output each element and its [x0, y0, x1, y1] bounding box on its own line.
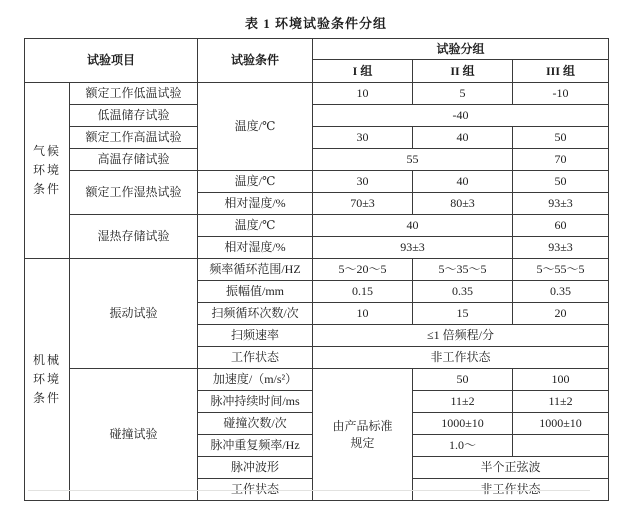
condition-cell: 相对湿度/%	[198, 237, 313, 259]
header-test-item: 试验项目	[25, 39, 198, 83]
condition-cell: 扫频速率	[198, 325, 313, 347]
condition-cell: 温度/℃	[198, 83, 313, 171]
test-name-cell: 额定工作低温试验	[70, 83, 198, 105]
condition-cell: 脉冲持续时间/ms	[198, 391, 313, 413]
value-cell: 40	[413, 171, 513, 193]
value-cell: 10	[313, 83, 413, 105]
value-cell: 100	[513, 369, 609, 391]
header-test-condition: 试验条件	[198, 39, 313, 83]
table-title: 表 1 环境试验条件分组	[24, 13, 608, 32]
table-row: 试验项目试验条件试验分组	[25, 39, 609, 60]
table-body: 气候 环境 条件额定工作低温试验温度/℃105-10低温储存试验-40额定工作高…	[25, 83, 609, 501]
table-row: 低温储存试验-40	[25, 105, 609, 127]
table-row: 机械 环境 条件振动试验频率循环范围/HZ5～20～55～35～55～55～5	[25, 259, 609, 281]
header-group-3: III 组	[513, 60, 609, 83]
value-cell: 93±3	[513, 237, 609, 259]
value-cell: 0.35	[413, 281, 513, 303]
condition-cell: 碰撞次数/次	[198, 413, 313, 435]
table-row: 湿热存储试验温度/℃4060	[25, 215, 609, 237]
table-row: 额定工作高温试验304050	[25, 127, 609, 149]
condition-cell: 脉冲波形	[198, 457, 313, 479]
value-cell: 55	[313, 149, 513, 171]
value-cell: 50	[413, 369, 513, 391]
value-cell: ≤1 倍频程/分	[313, 325, 609, 347]
condition-cell: 工作状态	[198, 347, 313, 369]
value-cell: 20	[513, 303, 609, 325]
value-cell: 5～35～5	[413, 259, 513, 281]
table-row: 额定工作湿热试验温度/℃304050	[25, 171, 609, 193]
value-cell: -10	[513, 83, 609, 105]
document-page: 表 1 环境试验条件分组 试验项目试验条件试验分组I 组II 组III 组 气候…	[0, 0, 617, 505]
category-climate: 气候 环境 条件	[25, 83, 70, 259]
condition-cell: 温度/℃	[198, 215, 313, 237]
value-cell: 5～20～5	[313, 259, 413, 281]
value-cell: -40	[313, 105, 609, 127]
value-cell: 93±3	[313, 237, 513, 259]
value-cell: 非工作状态	[313, 347, 609, 369]
value-cell: 30	[313, 171, 413, 193]
value-cell: 93±3	[513, 193, 609, 215]
value-cell: 1000±10	[413, 413, 513, 435]
test-name-cell: 碰撞试验	[70, 369, 198, 501]
value-cell: 1000±10	[513, 413, 609, 435]
value-cell: 70±3	[313, 193, 413, 215]
test-name-cell: 振动试验	[70, 259, 198, 369]
value-cell: 30	[313, 127, 413, 149]
value-cell: 11±2	[413, 391, 513, 413]
table-head: 试验项目试验条件试验分组I 组II 组III 组	[25, 39, 609, 83]
test-name-cell: 低温储存试验	[70, 105, 198, 127]
value-cell: 11±2	[513, 391, 609, 413]
test-name-cell: 湿热存储试验	[70, 215, 198, 259]
table-row: 气候 环境 条件额定工作低温试验温度/℃105-10	[25, 83, 609, 105]
value-cell: 半个正弦波	[413, 457, 609, 479]
value-cell: 15	[413, 303, 513, 325]
category-mechanical: 机械 环境 条件	[25, 259, 70, 501]
test-name-cell: 额定工作高温试验	[70, 127, 198, 149]
value-cell: 80±3	[413, 193, 513, 215]
header-test-group: 试验分组	[313, 39, 609, 60]
condition-cell: 扫频循环次数/次	[198, 303, 313, 325]
value-cell: 0.35	[513, 281, 609, 303]
env-test-conditions-table: 试验项目试验条件试验分组I 组II 组III 组 气候 环境 条件额定工作低温试…	[24, 38, 609, 501]
table-row: 碰撞试验加速度/（m/s²）由产品标准 规定50100	[25, 369, 609, 391]
value-cell: 60	[513, 215, 609, 237]
page-divider	[28, 490, 590, 491]
header-group-1: I 组	[313, 60, 413, 83]
condition-cell: 温度/℃	[198, 171, 313, 193]
value-cell: 70	[513, 149, 609, 171]
value-cell	[513, 435, 609, 457]
value-cell: 40	[413, 127, 513, 149]
value-cell: 1.0～	[413, 435, 513, 457]
header-group-2: II 组	[413, 60, 513, 83]
condition-cell: 相对湿度/%	[198, 193, 313, 215]
value-cell: 5	[413, 83, 513, 105]
value-cell: 40	[313, 215, 513, 237]
value-cell: 0.15	[313, 281, 413, 303]
test-name-cell: 高温存储试验	[70, 149, 198, 171]
value-cell: 10	[313, 303, 413, 325]
value-cell: 由产品标准 规定	[313, 369, 413, 501]
condition-cell: 加速度/（m/s²）	[198, 369, 313, 391]
test-name-cell: 额定工作湿热试验	[70, 171, 198, 215]
condition-cell: 脉冲重复频率/Hz	[198, 435, 313, 457]
value-cell: 5～55～5	[513, 259, 609, 281]
value-cell: 50	[513, 171, 609, 193]
value-cell: 50	[513, 127, 609, 149]
table-row: 高温存储试验5570	[25, 149, 609, 171]
condition-cell: 频率循环范围/HZ	[198, 259, 313, 281]
condition-cell: 振幅值/mm	[198, 281, 313, 303]
